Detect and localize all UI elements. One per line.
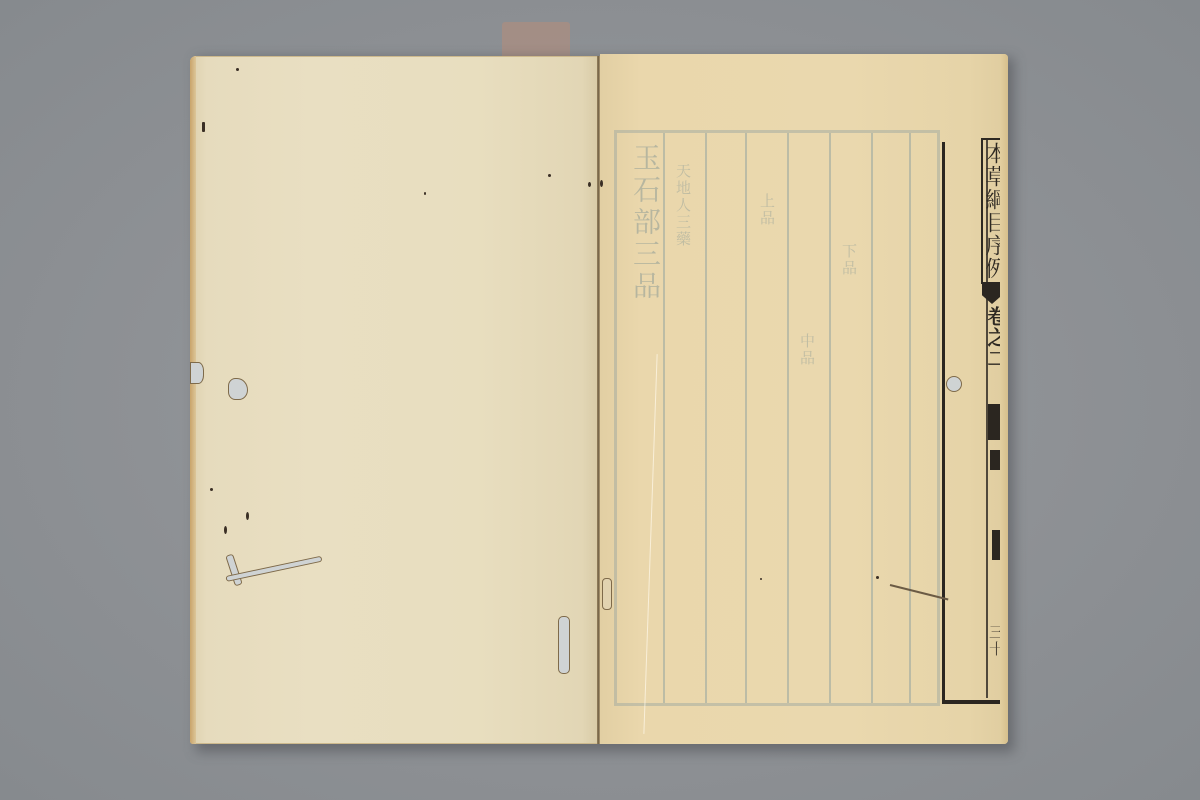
speck [760, 578, 762, 580]
printed-block [990, 450, 1002, 470]
speck [548, 174, 551, 177]
left-page [190, 56, 598, 744]
printed-block [992, 530, 1004, 560]
banxin-title: 本草綱目序例 [981, 138, 1007, 284]
fish-tail-mark [982, 282, 1002, 304]
speck [600, 180, 603, 187]
speck [210, 488, 213, 491]
worm-hole [228, 378, 248, 400]
printed-border-line [942, 142, 945, 702]
speck [424, 192, 426, 195]
show-through-column: 下品 [839, 243, 860, 277]
banxin-volume: 卷之二 [982, 306, 1011, 369]
column-rule [829, 133, 831, 703]
show-through-column: 天地人三藥 [673, 163, 694, 248]
speck [246, 512, 249, 520]
speck [588, 182, 591, 187]
printed-block [988, 404, 1002, 440]
worm-hole [946, 376, 962, 392]
show-through-frame: 玉石部三品 天地人三藥 上品 中品 下品 [614, 130, 940, 706]
printed-border-bottom [942, 700, 1002, 704]
worm-track [602, 578, 612, 610]
show-through-heading: 玉石部三品 [625, 143, 665, 303]
show-through-column: 中品 [797, 333, 818, 367]
speck [236, 68, 239, 71]
column-rule [787, 133, 789, 703]
speck [876, 576, 879, 579]
column-rule [705, 133, 707, 703]
column-rule [909, 133, 911, 703]
worm-hole [190, 362, 204, 384]
open-book: 玉石部三品 天地人三藥 上品 中品 下品 本草綱目序例 卷之二 三十 [190, 54, 1008, 744]
ink-mark [202, 122, 205, 132]
worm-track [225, 556, 322, 582]
right-page: 玉石部三品 天地人三藥 上品 中品 下品 本草綱目序例 卷之二 三十 [600, 54, 1008, 744]
worm-track [558, 616, 570, 674]
column-rule [871, 133, 873, 703]
speck [224, 526, 227, 534]
show-through-column: 上品 [757, 193, 778, 227]
banxin-page-number: 三十 [986, 624, 1007, 658]
column-rule [745, 133, 747, 703]
